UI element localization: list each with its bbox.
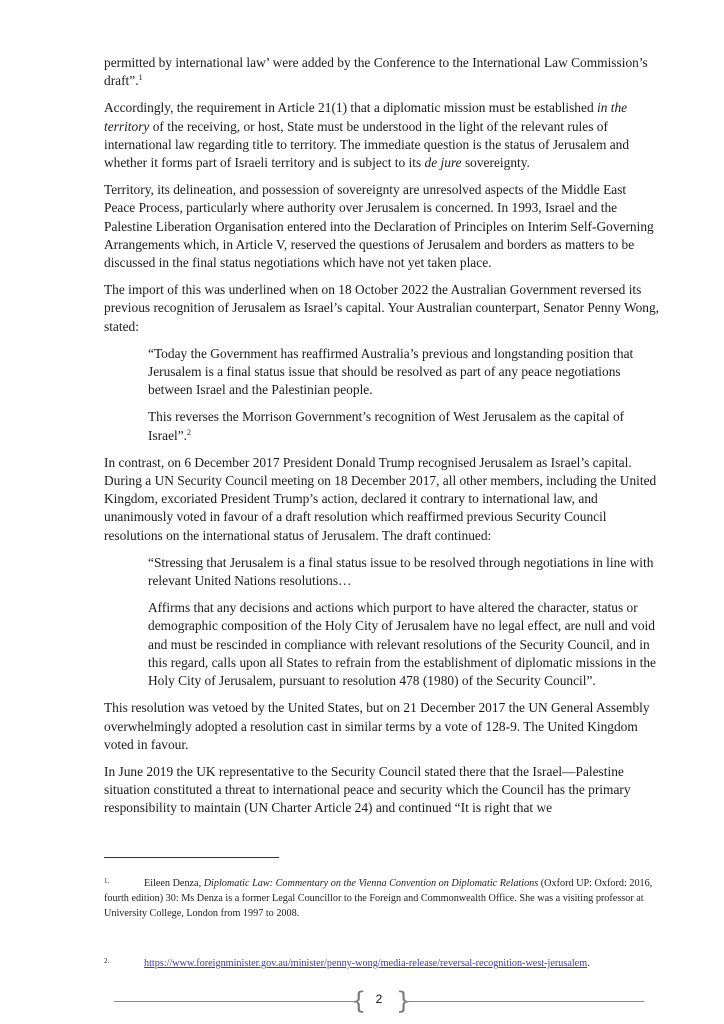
block-quote-4: Affirms that any decisions and actions w…: [148, 599, 660, 690]
footnote-2: 2.https://www.foreignminister.gov.au/min…: [104, 954, 660, 971]
block-quote-3: “Stressing that Jerusalem is a final sta…: [148, 554, 660, 590]
left-brace-icon: {: [351, 988, 366, 1014]
footnote-separator: [104, 857, 279, 858]
footnote-1: 1.Eileen Denza, Diplomatic Law: Commenta…: [104, 874, 660, 921]
footnote-ref-2[interactable]: 2: [187, 428, 191, 437]
paragraph-7: In June 2019 the UK representative to th…: [104, 763, 660, 818]
footnote-number: 1.: [104, 874, 144, 889]
footer-rule-left: [114, 1001, 354, 1002]
footnote-ref-1[interactable]: 1: [139, 73, 143, 82]
page-number: 2: [372, 992, 386, 1006]
footnote-link[interactable]: https://www.foreignminister.gov.au/minis…: [144, 958, 587, 969]
paragraph-2: Accordingly, the requirement in Article …: [104, 99, 660, 172]
footer-rule-right: [404, 1001, 644, 1002]
document-page: permitted by international law’ were add…: [104, 54, 660, 827]
paragraph-1: permitted by international law’ were add…: [104, 54, 660, 90]
footnote-number: 2.: [104, 954, 144, 969]
page-footer: { 2 }: [114, 986, 644, 1016]
paragraph-5: In contrast, on 6 December 2017 Presiden…: [104, 454, 660, 545]
paragraph-4: The import of this was underlined when o…: [104, 281, 660, 336]
block-quote-1: “Today the Government has reaffirmed Aus…: [148, 345, 660, 400]
block-quote-2: This reverses the Morrison Government’s …: [148, 408, 660, 444]
paragraph-6: This resolution was vetoed by the United…: [104, 699, 660, 754]
paragraph-3: Territory, its delineation, and possessi…: [104, 181, 660, 272]
